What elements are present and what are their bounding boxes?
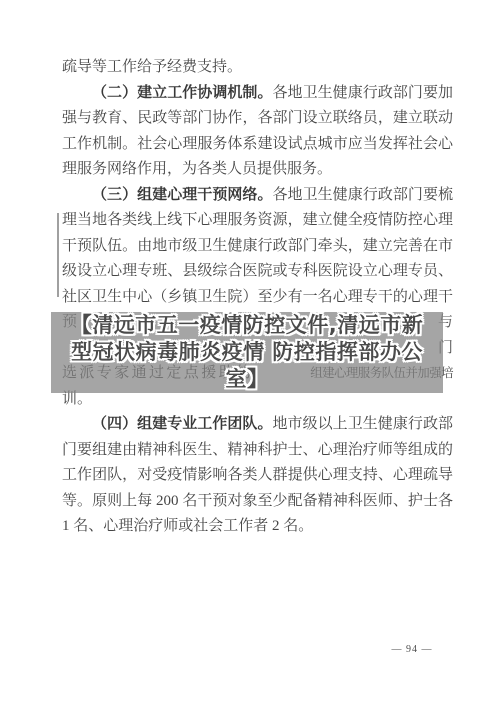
text-segment: 各地卫生健康行政部门要梳: [273, 187, 453, 203]
text-segment: 门要组建由精神科医生、精神科护士、心理治疗师等组成的: [62, 442, 453, 458]
text-segment: 级设立心理专班、县级综合医院或专科医院设立心理专员、: [62, 263, 453, 279]
text-segment: 理当地各类线上线下心理服务资源，建立健全疫情防控心理: [62, 212, 453, 228]
overlay-title-line: 【清远市五一疫情防控文件,清远市新: [51, 312, 443, 339]
document-line: 工作机制。社会心理服务体系建设试点城市应当发挥社会心: [62, 132, 453, 158]
document-line: 社区卫生中心（乡镇卫生院）至少有一名心理专干的心理干: [62, 285, 453, 311]
document-line: 门要组建由精神科医生、精神科护士、心理治疗师等组成的: [62, 438, 453, 464]
document-line: 工作团队，对受疫情影响各类人群提供心理支持、心理疏导: [62, 463, 453, 489]
text-segment: 地市级以上卫生健康行政部: [273, 416, 453, 432]
document-line: 等。原则上每 200 名干预对象至少配备精神科医师、护士各: [62, 489, 453, 515]
document-line: 理当地各类线上线下心理服务资源，建立健全疫情防控心理: [62, 208, 453, 234]
document-line: （二）建立工作协调机制。各地卫生健康行政部门要加: [62, 81, 453, 107]
document-line: （三）组建心理干预网络。各地卫生健康行政部门要梳: [62, 183, 453, 209]
document-line: 理服务网络作用，为各类人员提供服务。: [62, 157, 453, 183]
text-segment: 社区卫生中心（乡镇卫生院）至少有一名心理专干的心理干: [62, 289, 453, 305]
document-line: 1 名、心理治疗师或社会工作者 2 名。: [62, 514, 453, 540]
page-number: — 94 —: [362, 644, 462, 655]
overlay-title-line: 型冠状病毒肺炎疫情 防控指挥部办公: [51, 339, 443, 366]
watermark-title-overlay: 【清远市五一疫情防控文件,清远市新 型冠状病毒肺炎疫情 防控指挥部办公 室】: [51, 312, 443, 393]
text-segment: 1 名、心理治疗师或社会工作者 2 名。: [62, 518, 313, 534]
text-segment: 强与教育、民政等部门协作，各部门设立联络员，建立联动: [62, 110, 453, 126]
document-body: 疏导等工作给予经费支持。（二）建立工作协调机制。各地卫生健康行政部门要加强与教育…: [62, 55, 453, 540]
heading-segment: （四）组建专业工作团队。: [92, 416, 273, 432]
document-line: （四）组建专业工作团队。地市级以上卫生健康行政部: [62, 412, 453, 438]
document-line: 疏导等工作给予经费支持。: [62, 55, 453, 81]
scanned-page: 疏导等工作给予经费支持。（二）建立工作协调机制。各地卫生健康行政部门要加强与教育…: [0, 0, 500, 706]
text-segment: 疏导等工作给予经费支持。: [62, 59, 242, 75]
text-segment: 工作机制。社会心理服务体系建设试点城市应当发挥社会心: [62, 136, 453, 152]
text-segment: 干预队伍。由地市级卫生健康行政部门牵头，建立完善在市: [62, 238, 453, 254]
text-segment: 理服务网络作用，为各类人员提供服务。: [62, 161, 332, 177]
document-line: 干预队伍。由地市级卫生健康行政部门牵头，建立完善在市: [62, 234, 453, 260]
document-line: 强与教育、民政等部门协作，各部门设立联络员，建立联动: [62, 106, 453, 132]
text-segment: 各地卫生健康行政部门要加: [273, 85, 453, 101]
text-segment: 工作团队，对受疫情影响各类人群提供心理支持、心理疏导: [62, 467, 453, 483]
document-line: 级设立心理专班、县级综合医院或专科医院设立心理专员、: [62, 259, 453, 285]
heading-segment: （三）组建心理干预网络。: [92, 187, 273, 203]
overlay-title: 【清远市五一疫情防控文件,清远市新 型冠状病毒肺炎疫情 防控指挥部办公 室】: [51, 312, 443, 393]
page-edge-artifact: [57, 213, 59, 297]
text-segment: 等。原则上每 200 名干预对象至少配备精神科医师、护士各: [62, 493, 453, 509]
overlay-title-line: 室】: [51, 366, 443, 393]
heading-segment: （二）建立工作协调机制。: [92, 85, 273, 101]
